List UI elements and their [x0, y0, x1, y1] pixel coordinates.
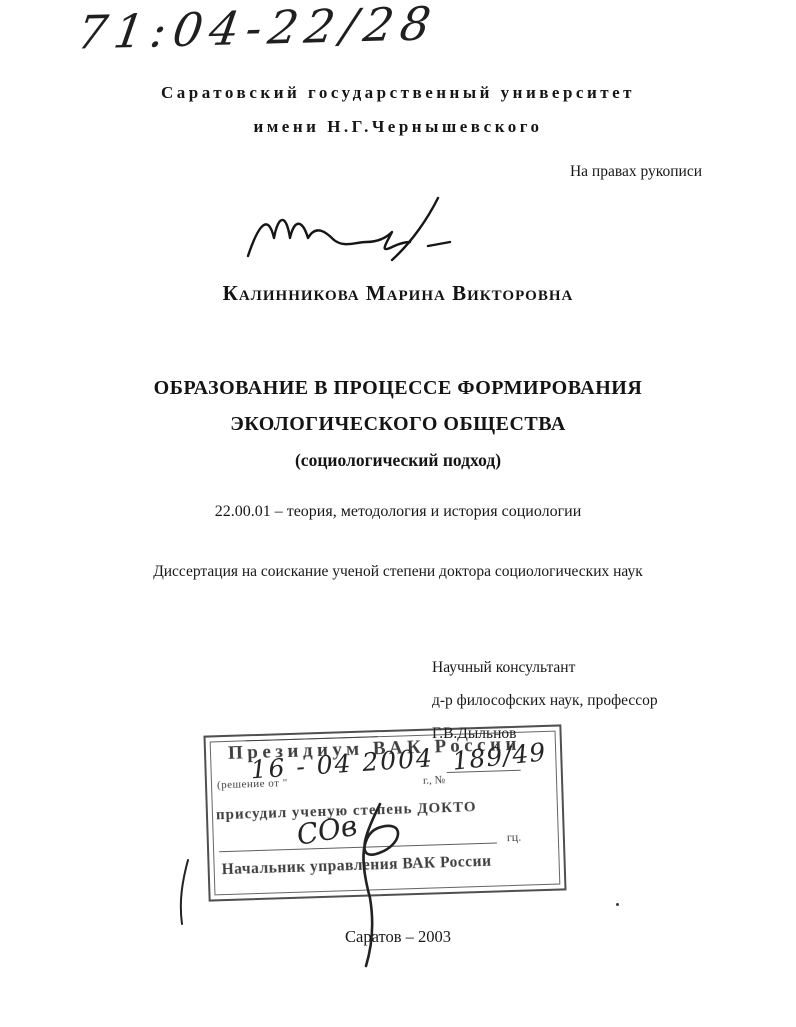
consultant-degree: д-р философских наук, профессор	[432, 684, 762, 717]
author-signature	[232, 192, 462, 270]
ink-speck	[616, 903, 619, 906]
author-name: Калинникова Марина Викторовна	[0, 281, 796, 306]
handwritten-catalog-number: 71:04-22/28	[72, 0, 513, 70]
specialty-code: 22.00.01 – теория, методология и история…	[0, 503, 796, 521]
manuscript-rights-note: На правах рукописи	[570, 163, 702, 181]
stray-pen-mark-icon	[176, 858, 192, 926]
university-header: Саратовский государственный университет …	[0, 76, 796, 144]
dissertation-type: Диссертация на соискание ученой степени …	[0, 563, 796, 581]
author-signature-icon	[232, 192, 462, 270]
title-line2: ЭКОЛОГИЧЕСКОГО ОБЩЕСТВА	[0, 406, 796, 442]
consultant-label: Научный консультант	[432, 651, 762, 684]
stamp-number-label: г., №	[423, 774, 445, 787]
city-and-year: Саратов – 2003	[0, 927, 796, 947]
dissertation-title-page: 71:04-22/28 Саратовский государственный …	[0, 0, 796, 1027]
dissertation-title: ОБРАЗОВАНИЕ В ПРОЦЕССЕ ФОРМИРОВАНИЯ ЭКОЛ…	[0, 370, 796, 478]
university-name-line2: имени Н.Г.Чернышевского	[0, 110, 796, 144]
stamp-line4-fragment: гц.	[507, 830, 522, 845]
title-subtitle: (социологический подход)	[0, 442, 796, 478]
title-line1: ОБРАЗОВАНИЕ В ПРОЦЕССЕ ФОРМИРОВАНИЯ	[0, 370, 796, 406]
stray-pen-mark	[176, 858, 192, 926]
university-name-line1: Саратовский государственный университет	[0, 76, 796, 110]
